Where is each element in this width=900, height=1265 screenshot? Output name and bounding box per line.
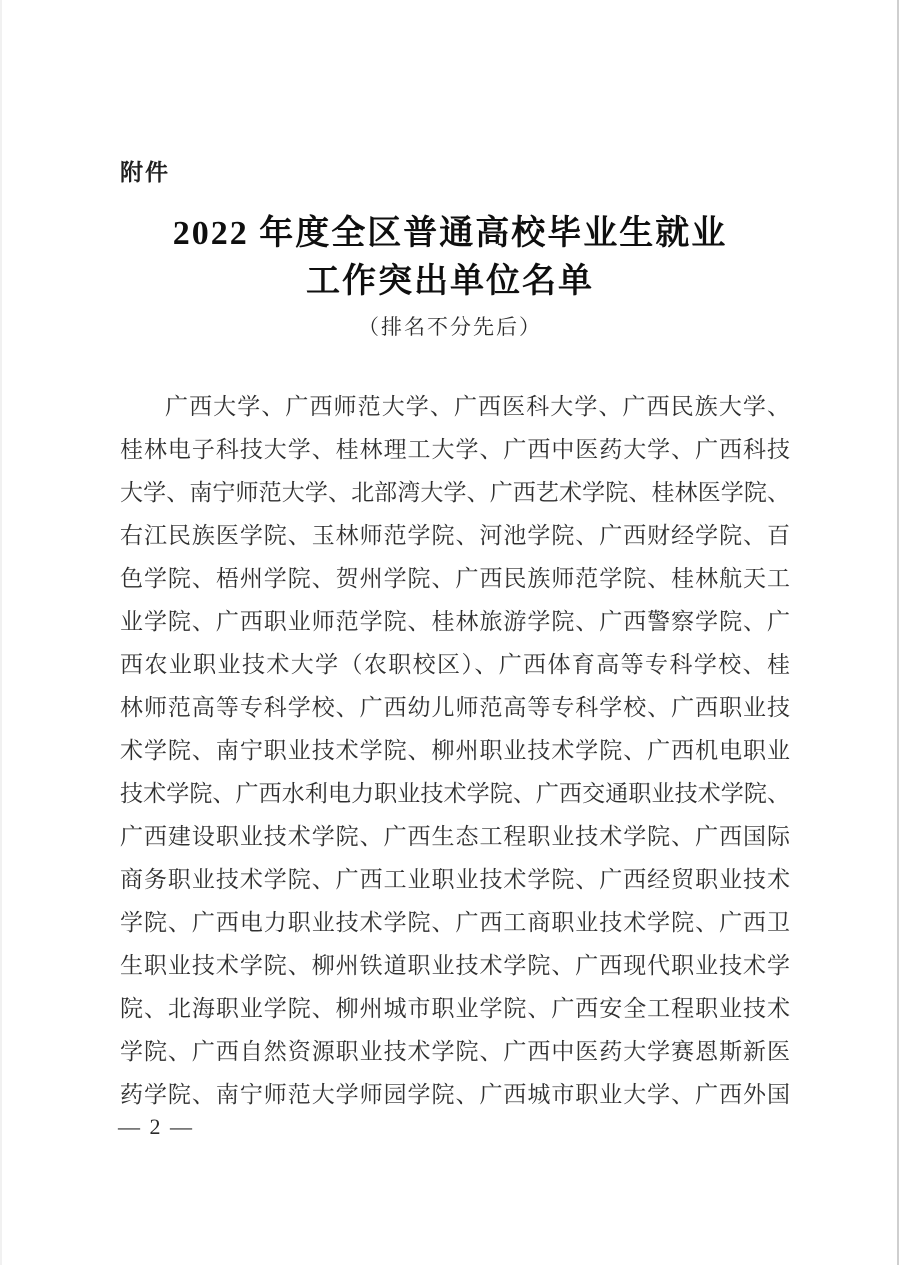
body-line-9: 术学院、南宁职业技术学院、柳州职业技术学院、广西机电职业	[120, 729, 790, 772]
body-line-13: 学院、广西电力职业技术学院、广西工商职业技术学院、广西卫	[120, 901, 790, 944]
body-line-1: 广西大学、广西师范大学、广西医科大学、广西民族大学、	[120, 385, 790, 428]
document-title-line-2: 工作突出单位名单	[0, 253, 900, 302]
body-line-4: 右江民族医学院、玉林师范学院、河池学院、广西财经学院、百	[120, 514, 790, 557]
body-line-14: 生职业技术学院、柳州铁道职业技术学院、广西现代职业技术学	[120, 944, 790, 987]
body-line-10: 技术学院、广西水利电力职业技术学院、广西交通职业技术学院、	[120, 772, 790, 815]
body-line-6: 业学院、广西职业师范学院、桂林旅游学院、广西警察学院、广	[120, 600, 790, 643]
body-line-7: 西农业职业技术大学（农职校区）、广西体育高等专科学校、桂	[120, 643, 790, 686]
body-line-8: 林师范高等专科学校、广西幼儿师范高等专科学校、广西职业技	[120, 686, 790, 729]
scan-edge-right	[897, 0, 899, 1265]
attachment-label: 附件	[120, 154, 170, 187]
body-line-11: 广西建设职业技术学院、广西生态工程职业技术学院、广西国际	[120, 815, 790, 858]
page-number: — 2 —	[118, 1114, 194, 1140]
body-line-5: 色学院、梧州学院、贺州学院、广西民族师范学院、桂林航天工	[120, 557, 790, 600]
scan-edge-left	[0, 0, 2, 1265]
body-line-3: 大学、南宁师范大学、北部湾大学、广西艺术学院、桂林医学院、	[120, 471, 790, 514]
body-line-16: 学院、广西自然资源职业技术学院、广西中医药大学赛恩斯新医	[120, 1030, 790, 1073]
document-page: 附件 2022 年度全区普通高校毕业生就业 工作突出单位名单 （排名不分先后） …	[0, 0, 900, 1265]
document-subtitle: （排名不分先后）	[0, 311, 900, 341]
body-line-17: 药学院、南宁师范大学师园学院、广西城市职业大学、广西外国	[120, 1073, 790, 1116]
body-line-2: 桂林电子科技大学、桂林理工大学、广西中医药大学、广西科技	[120, 428, 790, 471]
document-title-line-1: 2022 年度全区普通高校毕业生就业	[0, 205, 900, 254]
body-line-12: 商务职业技术学院、广西工业职业技术学院、广西经贸职业技术	[120, 858, 790, 901]
body-line-15: 院、北海职业学院、柳州城市职业学院、广西安全工程职业技术	[120, 987, 790, 1030]
body-paragraph: 广西大学、广西师范大学、广西医科大学、广西民族大学、 桂林电子科技大学、桂林理工…	[120, 385, 790, 1116]
